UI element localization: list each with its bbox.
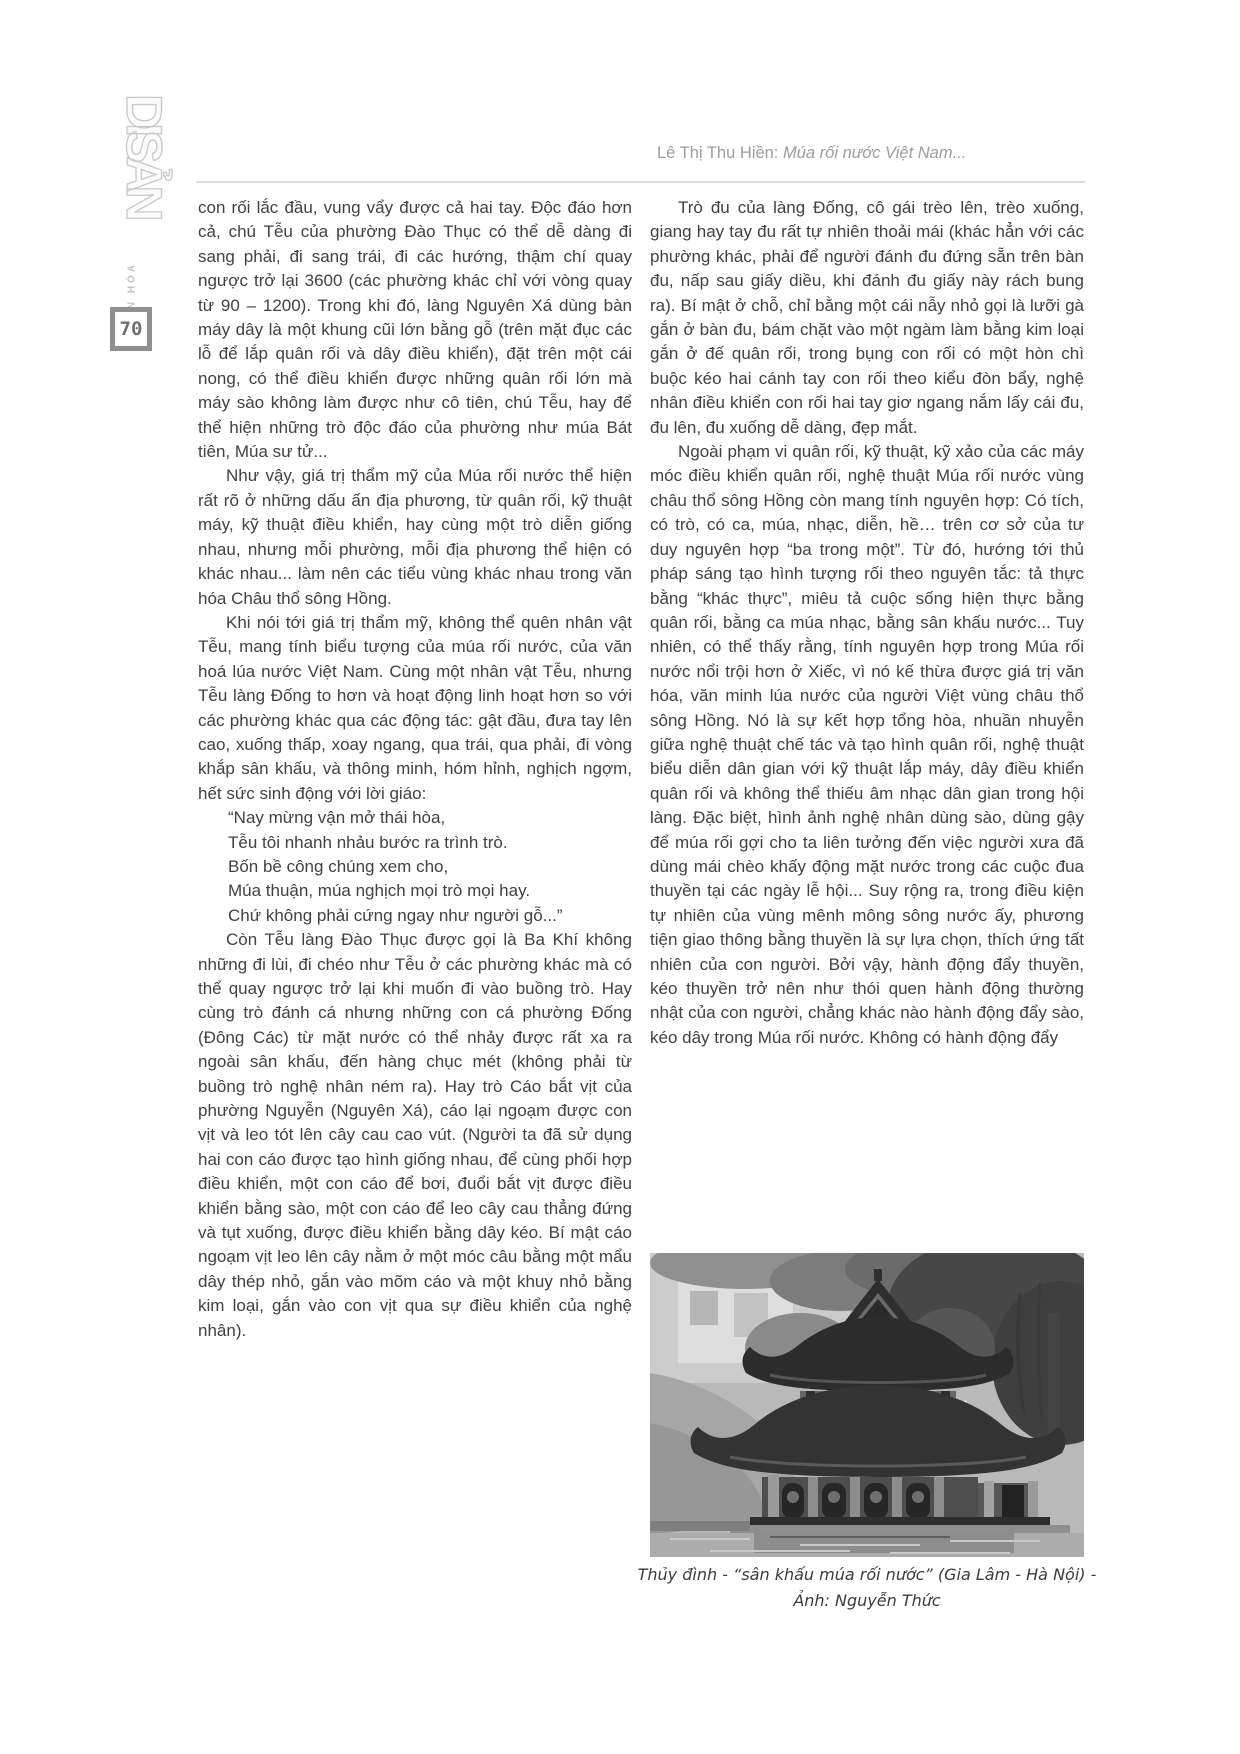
running-head-title: Múa rối nước Việt Nam...: [783, 144, 966, 162]
verse-line: Chứ không phải cứng ngay như người gỗ...…: [228, 904, 632, 928]
running-head-author: Lê Thị Thu Hiền:: [657, 144, 778, 162]
verse-line: Múa thuận, múa nghịch mọi trò mọi hay.: [228, 879, 632, 903]
figure-caption: Thủy đình - “sân khấu múa rối nước” (Gia…: [607, 1562, 1127, 1613]
body-paragraph: con rối lắc đầu, vung vẩy được cả hai ta…: [198, 196, 632, 464]
body-paragraph: Còn Tễu làng Đào Thục được gọi là Ba Khí…: [198, 928, 632, 1343]
verse-block: “Nay mừng vận mở thái hòa,Tễu tôi nhanh …: [228, 806, 632, 928]
thuy-dinh-photo-illustration: [650, 1253, 1084, 1557]
right-text-column: Trò đu của làng Đống, cô gái trèo lên, t…: [650, 196, 1084, 1248]
figure-caption-line2: Ảnh: Nguyễn Thức: [607, 1588, 1127, 1614]
photo-water: [650, 1533, 1084, 1557]
left-text-column: con rối lắc đầu, vung vẩy được cả hai ta…: [198, 196, 632, 1576]
body-paragraph: Ngoài phạm vi quân rối, kỹ thuật, kỹ xảo…: [650, 440, 1084, 1050]
body-paragraph: Trò đu của làng Đống, cô gái trèo lên, t…: [650, 196, 1084, 440]
body-paragraph: Như vậy, giá trị thẩm mỹ của Múa rối nướ…: [198, 464, 632, 610]
verse-line: Tễu tôi nhanh nhảu bước ra trình trò.: [228, 831, 632, 855]
body-paragraph: Khi nói tới giá trị thẩm mỹ, không thể q…: [198, 611, 632, 806]
logo-wordmark: DISẢN: [116, 94, 172, 314]
journal-page: DISẢN VĂN HÓA 70 Lê Thị Thu Hiền: Múa rố…: [0, 0, 1240, 1754]
page-number-badge: 70: [110, 307, 152, 351]
verse-line: “Nay mừng vận mở thái hòa,: [228, 806, 632, 830]
running-head: Lê Thị Thu Hiền: Múa rối nước Việt Nam..…: [657, 144, 966, 163]
magazine-logo: DISẢN VĂN HÓA 70: [98, 94, 178, 364]
verse-line: Bốn bề công chúng xem cho,: [228, 855, 632, 879]
header-rule: [196, 181, 1085, 183]
thuy-dinh-photo: [650, 1253, 1084, 1557]
figure-caption-line1: Thủy đình - “sân khấu múa rối nước” (Gia…: [607, 1562, 1127, 1588]
